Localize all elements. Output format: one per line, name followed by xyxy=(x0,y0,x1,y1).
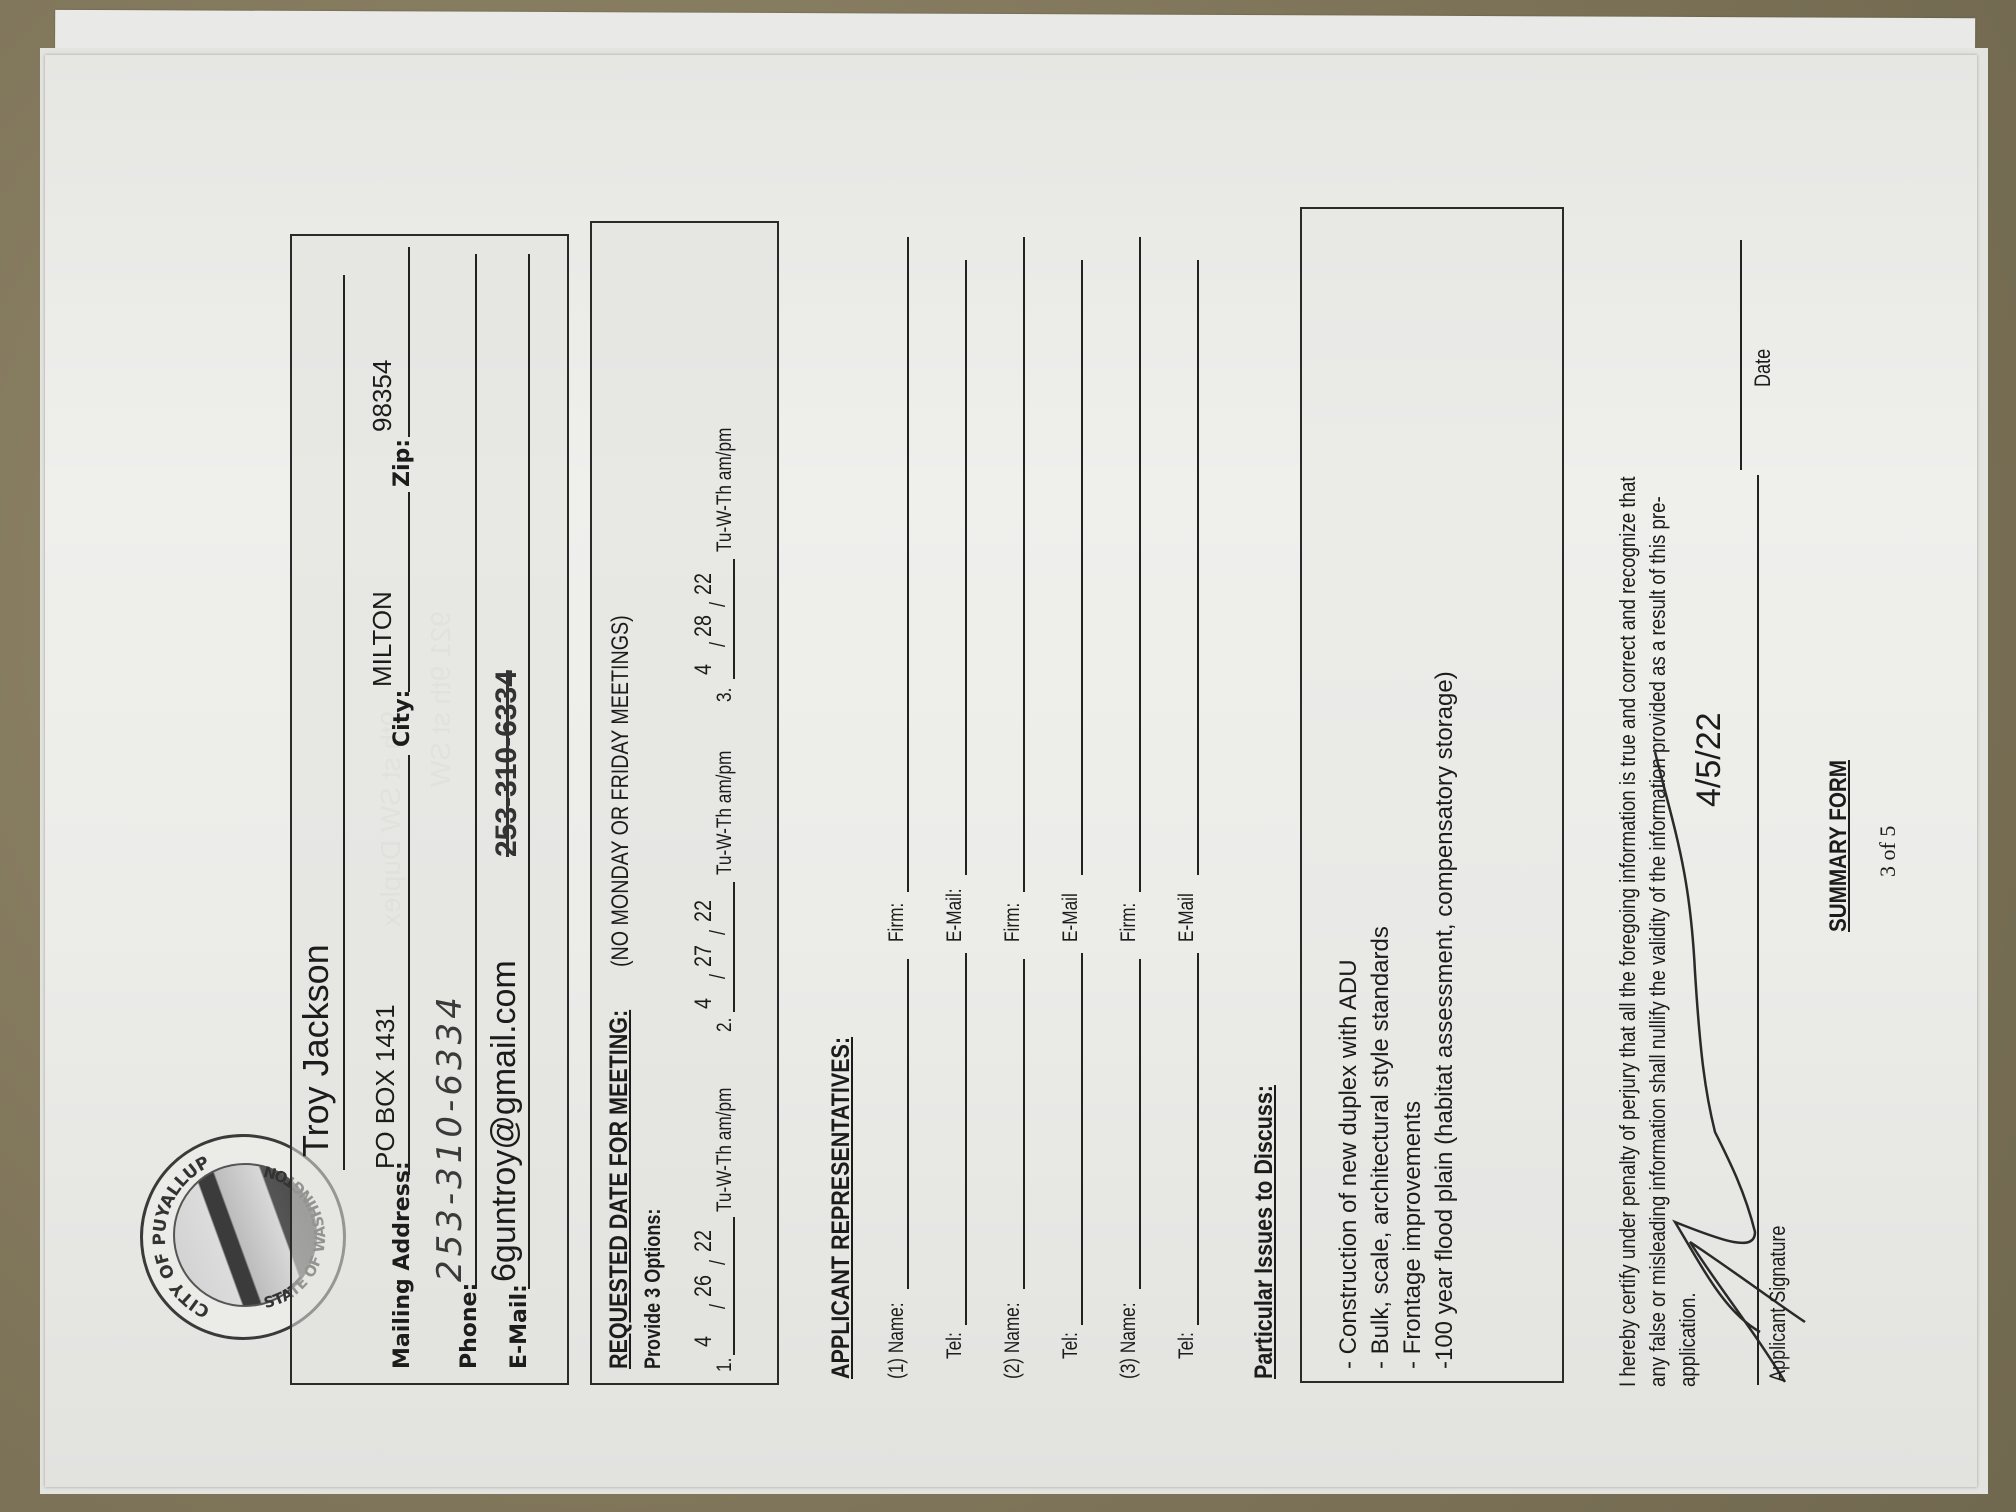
issue-item: - Construction of new duplex with ADU xyxy=(1335,959,1363,1369)
phone-value-handwritten[interactable]: 253-310-6334 xyxy=(430,993,470,1282)
option-1-underline xyxy=(733,1217,735,1355)
seal-top-text: CITY OF PUYALLUP xyxy=(150,1153,213,1322)
option-1-month[interactable]: 4 xyxy=(690,1336,718,1347)
rep-3-tel-label: Tel: xyxy=(1175,1332,1199,1359)
meeting-heading: REQUESTED DATE FOR MEETING: xyxy=(605,1010,634,1369)
signature-date-value[interactable]: 4/5/22 xyxy=(1690,712,1729,807)
option-2-underline xyxy=(733,882,735,1012)
zip-value[interactable]: 98354 xyxy=(367,360,398,432)
email-underline xyxy=(528,254,530,1289)
rep-2-firm-label: Firm: xyxy=(1001,903,1025,942)
applicant-name-value[interactable]: Troy Jackson xyxy=(295,944,337,1157)
rep-2-tel-field[interactable] xyxy=(1081,953,1083,1325)
date-label: Date xyxy=(1750,349,1776,387)
rep-1-email-field[interactable] xyxy=(965,260,967,875)
summary-form-title: SUMMARY FORM xyxy=(1825,760,1853,932)
rep-3-email-field[interactable] xyxy=(1197,260,1199,875)
rep-2-name-label: (2) Name: xyxy=(1001,1302,1025,1379)
rep-1-tel-label: Tel: xyxy=(943,1332,967,1359)
option-3-underline xyxy=(733,559,735,679)
option-3-year[interactable]: 22 xyxy=(690,573,718,595)
form-page: 9th st SW Duplex 921 9th st SW CITY OF P… xyxy=(45,55,1977,1487)
name-underline xyxy=(343,275,345,1170)
option-2-day-hint: Tu-W-Th am/pm xyxy=(713,751,737,875)
representatives-heading: APPLICANT REPRESENTATIVES: xyxy=(827,1037,856,1379)
option-1-number: 1. xyxy=(713,1358,737,1372)
email-value[interactable]: 6guntroy@gmail.com xyxy=(485,960,524,1282)
rep-2-email-field[interactable] xyxy=(1081,260,1083,875)
city-value[interactable]: MILTON xyxy=(367,591,398,687)
page-number: 3 of 5 xyxy=(1875,826,1901,877)
option-3-day[interactable]: 28 xyxy=(690,615,718,637)
issues-heading: Particular Issues to Discuss: xyxy=(1250,1085,1279,1379)
option-3-number: 3. xyxy=(713,688,737,702)
mailing-address-label: Mailing Address: xyxy=(390,1161,415,1369)
mailing-address-underline xyxy=(408,755,410,1175)
option-1-day-hint: Tu-W-Th am/pm xyxy=(713,1088,737,1212)
phone-underline xyxy=(475,254,477,1289)
meeting-subheading: Provide 3 Options: xyxy=(640,1209,666,1369)
issue-item: - Bulk, scale, architectural style stand… xyxy=(1367,926,1395,1369)
zip-underline xyxy=(408,247,410,437)
rep-1-email-label: E-Mail: xyxy=(943,888,967,942)
rep-2-name-field[interactable] xyxy=(1023,959,1025,1289)
issue-item: -100 year flood plain (habitat assessmen… xyxy=(1431,671,1459,1369)
meeting-note: (NO MONDAY OR FRIDAY MEETINGS) xyxy=(607,615,635,967)
rep-1-firm-field[interactable] xyxy=(907,237,909,892)
rep-1-firm-label: Firm: xyxy=(885,903,909,942)
option-3-day-hint: Tu-W-Th am/pm xyxy=(713,428,737,552)
phone-label: Phone: xyxy=(457,1283,482,1369)
option-2-number: 2. xyxy=(713,1018,737,1032)
rep-3-name-label: (3) Name: xyxy=(1117,1302,1141,1379)
rep-1-name-field[interactable] xyxy=(907,959,909,1289)
rep-2-email-label: E-Mail xyxy=(1059,893,1083,942)
signature-label: Applicant Signature xyxy=(1765,1226,1791,1382)
date-line[interactable] xyxy=(1740,240,1742,470)
option-1-day[interactable]: 26 xyxy=(690,1275,718,1297)
rep-1-tel-field[interactable] xyxy=(965,953,967,1325)
city-label: City: xyxy=(390,690,415,747)
rep-2-tel-label: Tel: xyxy=(1059,1332,1083,1359)
rep-3-firm-label: Firm: xyxy=(1117,903,1141,942)
option-1-year[interactable]: 22 xyxy=(690,1230,718,1252)
svg-text:CITY OF PUYALLUP: CITY OF PUYALLUP xyxy=(150,1153,213,1322)
rep-3-tel-field[interactable] xyxy=(1197,953,1199,1325)
signature-line[interactable] xyxy=(1757,475,1759,1385)
issue-item: - Frontage improvements xyxy=(1399,1101,1427,1369)
option-2-day[interactable]: 27 xyxy=(690,945,718,967)
mailing-address-value[interactable]: PO BOX 1431 xyxy=(370,1004,401,1169)
rep-2-firm-field[interactable] xyxy=(1023,237,1025,892)
zip-label: Zip: xyxy=(390,439,415,487)
rep-3-firm-field[interactable] xyxy=(1139,237,1141,892)
option-3-month[interactable]: 4 xyxy=(690,664,718,675)
rep-3-email-label: E-Mail xyxy=(1175,893,1199,942)
option-2-year[interactable]: 22 xyxy=(690,900,718,922)
option-2-month[interactable]: 4 xyxy=(690,998,718,1009)
rep-1-name-label: (1) Name: xyxy=(885,1302,909,1379)
email-label: E-Mail: xyxy=(507,1284,532,1369)
email-extra-struck-phone: 253-310-6334 xyxy=(490,670,524,857)
city-underline xyxy=(408,492,410,692)
rep-3-name-field[interactable] xyxy=(1139,959,1141,1289)
